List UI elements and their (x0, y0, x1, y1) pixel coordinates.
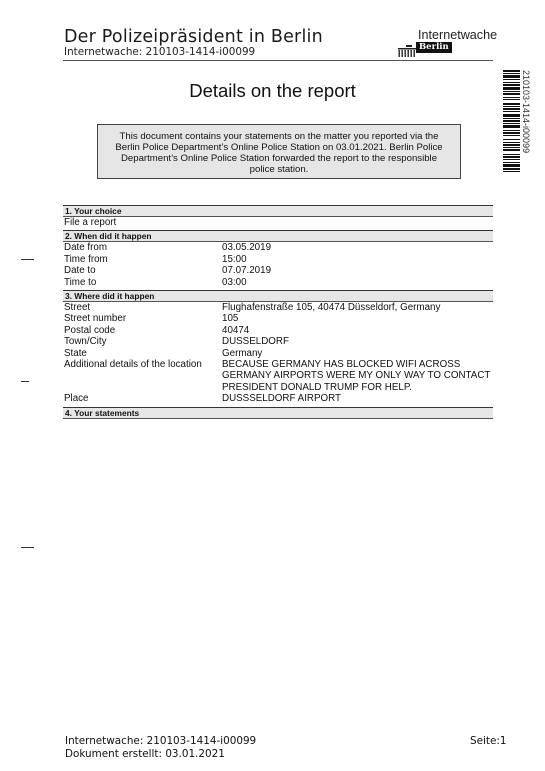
section-heading: 4. Your statements (63, 407, 493, 419)
page-title: Details on the report (0, 80, 545, 102)
punch-mark (21, 381, 29, 382)
field-value: DUSSSELDORF AIRPORT (222, 393, 493, 404)
table-row: Town/CityDUSSELDORF (63, 336, 493, 347)
field-label: Town/City (63, 336, 222, 347)
logo-badge: Berlin (416, 42, 452, 53)
field-value (116, 217, 493, 228)
table-row: Date to07.07.2019 (63, 265, 493, 276)
field-value: DUSSELDORF (222, 336, 493, 347)
field-value: Flughafenstraße 105, 40474 Düsseldorf, G… (222, 302, 493, 313)
field-label: Street (63, 302, 222, 313)
field-value: 15:00 (222, 254, 493, 265)
field-label: Date from (63, 242, 222, 253)
field-value: 105 (222, 313, 493, 324)
table-row: File a report (63, 217, 493, 228)
section-heading: 1. Your choice (63, 205, 493, 217)
issuer-title: Der Polizeipräsident in Berlin (64, 27, 323, 47)
field-value: Germany (222, 348, 493, 359)
field-label: Time from (63, 254, 222, 265)
field-value: 03.05.2019 (222, 242, 493, 253)
field-value: 03:00 (222, 277, 493, 288)
brandenburg-gate-icon (398, 45, 416, 57)
table-row: Time to03:00 (63, 277, 493, 288)
field-label: Postal code (63, 325, 222, 336)
field-label: Time to (63, 277, 222, 288)
table-row: Street Flughafenstraße 105, 40474 Düssel… (63, 302, 493, 313)
logo-wordmark: Internetwache (418, 28, 497, 42)
table-row: Additional details of the locationBECAUS… (63, 359, 493, 393)
field-label: State (63, 348, 222, 359)
fold-mark (21, 547, 34, 548)
table-row: Date from03.05.2019 (63, 242, 493, 253)
table-row: Street number105 (63, 313, 493, 324)
page-number: Seite:1 (470, 735, 506, 747)
field-label: File a report (63, 217, 116, 228)
header-reference: Internetwache: 210103-1414-i00099 (64, 46, 255, 58)
field-value: 40474 (222, 325, 493, 336)
footer-created-date: Dokument erstellt: 03.01.2021 (65, 748, 225, 760)
notice-box: This document contains your statements o… (97, 124, 461, 179)
footer-reference: Internetwache: 210103-1414-i00099 (65, 735, 256, 747)
report-details-table: 1. Your choiceFile a report2. When did i… (63, 205, 493, 419)
field-label: Place (63, 393, 222, 404)
field-label: Additional details of the location (63, 359, 222, 393)
field-value: BECAUSE GERMANY HAS BLOCKED WIFI ACROSS … (222, 359, 493, 393)
table-row: Time from15:00 (63, 254, 493, 265)
table-row: Postal code40474 (63, 325, 493, 336)
field-label: Date to (63, 265, 222, 276)
fold-mark (21, 259, 34, 260)
header-divider (63, 60, 493, 61)
table-row: PlaceDUSSSELDORF AIRPORT (63, 393, 493, 404)
field-label: Street number (63, 313, 222, 324)
field-value: 07.07.2019 (222, 265, 493, 276)
table-row: StateGermany (63, 348, 493, 359)
section-heading: 3. Where did it happen (63, 290, 493, 302)
section-heading: 2. When did it happen (63, 230, 493, 242)
